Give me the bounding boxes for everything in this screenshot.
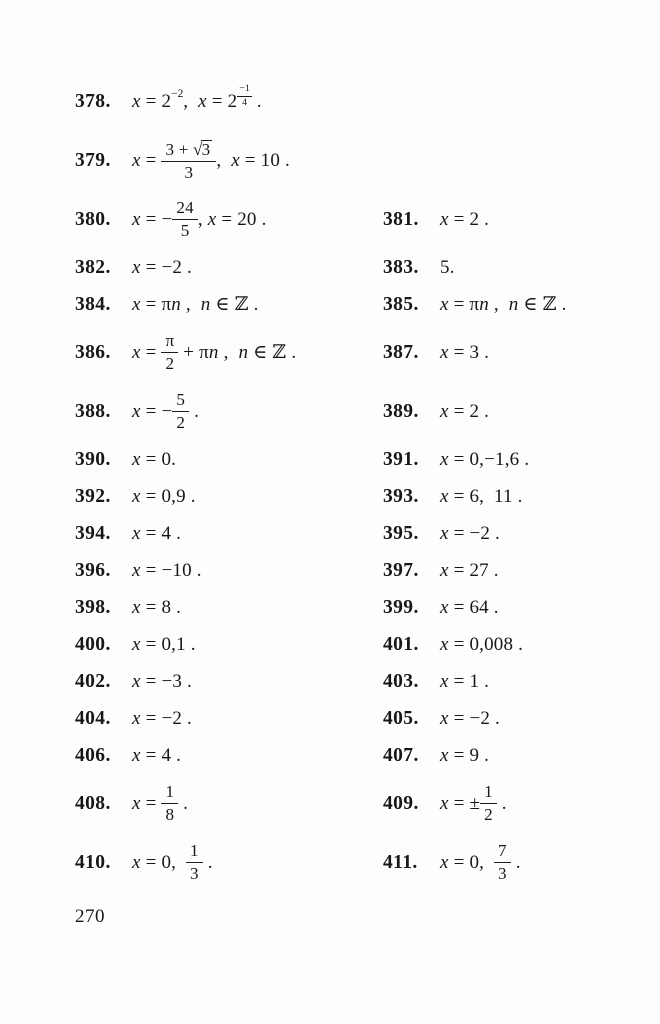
math-text: = π bbox=[449, 294, 480, 316]
answer-item-387: 387.x = 3 . bbox=[383, 342, 660, 364]
problem-number: 381. bbox=[383, 209, 440, 231]
answer-formula: x = π2 + πn , n ∈ ℤ . bbox=[132, 332, 296, 373]
math-text: n bbox=[479, 294, 489, 316]
math-text: 3 + bbox=[165, 140, 193, 159]
problem-number: 405. bbox=[383, 708, 440, 730]
math-text: . bbox=[511, 852, 521, 874]
math-text: x bbox=[132, 852, 141, 874]
answer-formula: x = 0, 13 . bbox=[132, 842, 213, 883]
math-text: = 20 . bbox=[216, 209, 266, 231]
answer-formula: x = 8 . bbox=[132, 597, 181, 619]
answer-item-389: 389.x = 2 . bbox=[383, 401, 660, 423]
fraction-numerator: 5 bbox=[172, 391, 189, 412]
answer-formula: x = 27 . bbox=[440, 560, 499, 582]
math-text: , bbox=[183, 91, 198, 113]
problem-number: 398. bbox=[75, 597, 132, 619]
math-text: = 2 bbox=[207, 91, 238, 113]
problem-number: 387. bbox=[383, 342, 440, 364]
book-page: 378.x = 2−2, x = 2−14 .379.x = 3 + √33, … bbox=[0, 0, 660, 1024]
answer-row: 382.x = −2 .383.5. bbox=[0, 249, 660, 286]
math-text: 24 bbox=[176, 198, 194, 217]
math-text: x bbox=[132, 634, 141, 656]
math-text: x bbox=[132, 793, 141, 815]
math-text: 4 bbox=[242, 97, 247, 108]
answer-row: 398.x = 8 .399.x = 64 . bbox=[0, 589, 660, 626]
answer-row: 386.x = π2 + πn , n ∈ ℤ .387.x = 3 . bbox=[0, 323, 660, 382]
math-text: x bbox=[440, 597, 449, 619]
math-text: . bbox=[252, 91, 262, 113]
answer-formula: x = 6, 11 . bbox=[440, 486, 523, 508]
answer-formula: x = 0,008 . bbox=[440, 634, 523, 656]
math-text: = 0,9 . bbox=[141, 486, 196, 508]
problem-number: 391. bbox=[383, 449, 440, 471]
math-text: x bbox=[440, 745, 449, 767]
answer-row: 380.x = −245, x = 20 .381.x = 2 . bbox=[0, 190, 660, 249]
math-text: = 0. bbox=[141, 449, 176, 471]
fraction: 18 bbox=[161, 783, 178, 824]
fraction: π2 bbox=[161, 332, 178, 373]
math-text: 7 bbox=[498, 841, 507, 860]
math-text: = 10 . bbox=[240, 150, 290, 172]
answer-formula: x = 3 + √33, x = 10 . bbox=[132, 140, 290, 182]
math-text: = 8 . bbox=[141, 597, 181, 619]
problem-number: 394. bbox=[75, 523, 132, 545]
answer-item-410: 410.x = 0, 13 . bbox=[75, 842, 383, 883]
fraction: 3 + √33 bbox=[161, 140, 216, 182]
math-text: = bbox=[141, 342, 162, 364]
answer-row: 378.x = 2−2, x = 2−14 . bbox=[0, 72, 660, 131]
answer-formula: x = −3 . bbox=[132, 671, 192, 693]
problem-number: 406. bbox=[75, 745, 132, 767]
math-text: ∈ ℤ . bbox=[518, 293, 566, 316]
answer-item-384: 384.x = πn , n ∈ ℤ . bbox=[75, 293, 383, 316]
math-text: x bbox=[440, 793, 449, 815]
fraction-denominator: 3 bbox=[161, 162, 216, 182]
math-text: x bbox=[440, 523, 449, 545]
math-text: x bbox=[132, 486, 141, 508]
answer-item-404: 404.x = −2 . bbox=[75, 708, 383, 730]
math-text: = 4 . bbox=[141, 523, 181, 545]
fraction-denominator: 2 bbox=[161, 353, 178, 373]
math-text: 1 bbox=[190, 841, 199, 860]
answer-formula: x = πn , n ∈ ℤ . bbox=[440, 293, 567, 316]
answer-item-408: 408.x = 18 . bbox=[75, 783, 383, 824]
math-text: 3 bbox=[498, 864, 507, 883]
math-text: = 3 . bbox=[449, 342, 489, 364]
answer-row: 392.x = 0,9 .393.x = 6, 11 . bbox=[0, 478, 660, 515]
answer-row: 388.x = −52 .389.x = 2 . bbox=[0, 382, 660, 441]
math-text: = 0, bbox=[449, 852, 494, 874]
math-text: x bbox=[132, 294, 141, 316]
math-text: = π bbox=[141, 294, 172, 316]
fraction-numerator: 3 + √3 bbox=[161, 140, 216, 162]
answer-item-409: 409.x = ±12 . bbox=[383, 783, 660, 824]
math-text: . bbox=[203, 852, 213, 874]
answer-row: 410.x = 0, 13 .411.x = 0, 73 . bbox=[0, 833, 660, 892]
answer-item-382: 382.x = −2 . bbox=[75, 257, 383, 279]
math-text: x bbox=[132, 597, 141, 619]
answer-row: 379.x = 3 + √33, x = 10 . bbox=[0, 131, 660, 190]
math-text: ∈ ℤ . bbox=[248, 341, 296, 364]
problem-number: 396. bbox=[75, 560, 132, 582]
problem-number: 408. bbox=[75, 793, 132, 815]
math-text: = −10 . bbox=[141, 560, 202, 582]
problem-number: 382. bbox=[75, 257, 132, 279]
answer-row: 406.x = 4 .407.x = 9 . bbox=[0, 737, 660, 774]
math-text: x bbox=[440, 449, 449, 471]
answer-item-403: 403.x = 1 . bbox=[383, 671, 660, 693]
fraction-numerator: π bbox=[161, 332, 178, 353]
math-text: x bbox=[208, 209, 217, 231]
answer-formula: x = 2−2, x = 2−14 . bbox=[132, 90, 262, 114]
answer-formula: x = −2 . bbox=[132, 257, 192, 279]
math-text: , bbox=[219, 342, 239, 364]
math-text: . bbox=[178, 793, 188, 815]
math-text: 3 bbox=[185, 163, 194, 182]
problem-number: 380. bbox=[75, 209, 132, 231]
math-text: = 2 . bbox=[449, 401, 489, 423]
math-text: = 1 . bbox=[449, 671, 489, 693]
answer-formula: x = 0,9 . bbox=[132, 486, 196, 508]
math-text: x bbox=[132, 342, 141, 364]
problem-number: 399. bbox=[383, 597, 440, 619]
answer-item-381: 381.x = 2 . bbox=[383, 209, 660, 231]
math-text: ∈ ℤ . bbox=[210, 293, 258, 316]
fraction-numerator: 7 bbox=[494, 842, 511, 863]
problem-number: 402. bbox=[75, 671, 132, 693]
answer-formula: x = 64 . bbox=[440, 597, 499, 619]
math-text: 3 bbox=[190, 864, 199, 883]
problem-number: 407. bbox=[383, 745, 440, 767]
answer-row: 408.x = 18 .409.x = ±12 . bbox=[0, 774, 660, 833]
problem-number: 401. bbox=[383, 634, 440, 656]
math-text: , bbox=[489, 294, 509, 316]
math-text: x bbox=[132, 449, 141, 471]
math-text: , bbox=[198, 209, 208, 231]
radicand: 3 bbox=[201, 140, 213, 159]
answer-formula: x = −52 . bbox=[132, 391, 199, 432]
math-text: 3 bbox=[202, 140, 211, 159]
square-root: √3 bbox=[193, 140, 212, 159]
answer-row: 384.x = πn , n ∈ ℤ .385.x = πn , n ∈ ℤ . bbox=[0, 286, 660, 323]
problem-number: 397. bbox=[383, 560, 440, 582]
answer-formula: x = 4 . bbox=[132, 745, 181, 767]
problem-number: 389. bbox=[383, 401, 440, 423]
math-text: 5. bbox=[440, 257, 455, 279]
problem-number: 384. bbox=[75, 294, 132, 316]
answer-item-406: 406.x = 4 . bbox=[75, 745, 383, 767]
math-text: = 0,1 . bbox=[141, 634, 196, 656]
problem-number: 404. bbox=[75, 708, 132, 730]
math-text: x bbox=[440, 708, 449, 730]
math-text: x bbox=[440, 634, 449, 656]
fraction: 73 bbox=[494, 842, 511, 883]
math-text: x bbox=[132, 150, 141, 172]
math-text: x bbox=[132, 401, 141, 423]
math-text: x bbox=[440, 852, 449, 874]
fraction: 52 bbox=[172, 391, 189, 432]
problem-number: 392. bbox=[75, 486, 132, 508]
problem-number: 388. bbox=[75, 401, 132, 423]
problem-number: 403. bbox=[383, 671, 440, 693]
answer-item-393: 393.x = 6, 11 . bbox=[383, 486, 660, 508]
problem-number: 379. bbox=[75, 150, 132, 172]
math-text: n bbox=[209, 342, 219, 364]
fraction-numerator: 1 bbox=[186, 842, 203, 863]
math-text: , bbox=[181, 294, 201, 316]
answer-item-405: 405.x = −2 . bbox=[383, 708, 660, 730]
problem-number: 393. bbox=[383, 486, 440, 508]
math-text: 1 bbox=[165, 782, 174, 801]
fraction-numerator: 1 bbox=[161, 783, 178, 804]
answer-item-407: 407.x = 9 . bbox=[383, 745, 660, 767]
math-text: 2 bbox=[166, 354, 175, 373]
math-text: x bbox=[132, 91, 141, 113]
problem-number: 411. bbox=[383, 852, 440, 874]
fraction-denominator: 5 bbox=[172, 220, 198, 240]
math-text: x bbox=[132, 745, 141, 767]
answer-formula: x = 0,−1,6 . bbox=[440, 449, 529, 471]
math-text: + π bbox=[178, 342, 209, 364]
math-text: 1 bbox=[484, 782, 493, 801]
fraction-denominator: 2 bbox=[172, 412, 189, 432]
math-text: −2 bbox=[171, 88, 183, 100]
answer-formula: x = −2 . bbox=[132, 708, 192, 730]
fraction-numerator: −1 bbox=[237, 84, 252, 96]
answer-formula: x = −2 . bbox=[440, 708, 500, 730]
math-text: = −2 . bbox=[449, 523, 500, 545]
math-text: x bbox=[440, 401, 449, 423]
page-number-text: 270 bbox=[75, 906, 105, 927]
math-text: x bbox=[231, 150, 240, 172]
answer-item-386: 386.x = π2 + πn , n ∈ ℤ . bbox=[75, 332, 383, 373]
math-text: x bbox=[132, 209, 141, 231]
answer-item-401: 401.x = 0,008 . bbox=[383, 634, 660, 656]
math-text: = 9 . bbox=[449, 745, 489, 767]
problem-number: 410. bbox=[75, 852, 132, 874]
math-text: x bbox=[198, 91, 207, 113]
problem-number: 378. bbox=[75, 91, 132, 113]
answer-item-392: 392.x = 0,9 . bbox=[75, 486, 383, 508]
math-text: = − bbox=[141, 209, 173, 231]
answer-formula: x = πn , n ∈ ℤ . bbox=[132, 293, 259, 316]
answer-row: 404.x = −2 .405.x = −2 . bbox=[0, 700, 660, 737]
answer-formula: x = 4 . bbox=[132, 523, 181, 545]
math-text: x bbox=[132, 671, 141, 693]
answer-formula: x = 0, 73 . bbox=[440, 842, 521, 883]
math-text: = 0,−1,6 . bbox=[449, 449, 530, 471]
answer-item-391: 391.x = 0,−1,6 . bbox=[383, 449, 660, 471]
answer-formula: x = 18 . bbox=[132, 783, 188, 824]
problem-number: 383. bbox=[383, 257, 440, 279]
answers-list: 378.x = 2−2, x = 2−14 .379.x = 3 + √33, … bbox=[0, 0, 660, 892]
math-text: . bbox=[497, 793, 507, 815]
answer-item-395: 395.x = −2 . bbox=[383, 523, 660, 545]
math-text: = −2 . bbox=[141, 257, 192, 279]
answer-row: 390.x = 0.391.x = 0,−1,6 . bbox=[0, 441, 660, 478]
answer-formula: x = −245, x = 20 . bbox=[132, 199, 267, 240]
answer-item-396: 396.x = −10 . bbox=[75, 560, 383, 582]
math-text: 5 bbox=[181, 221, 190, 240]
fraction: 12 bbox=[480, 783, 497, 824]
answer-formula: x = 0. bbox=[132, 449, 176, 471]
math-text: , bbox=[216, 150, 231, 172]
math-text: 2 bbox=[484, 805, 493, 824]
answer-item-379: 379.x = 3 + √33, x = 10 . bbox=[75, 140, 383, 182]
math-text: = 2 . bbox=[449, 209, 489, 231]
answer-formula: x = −10 . bbox=[132, 560, 202, 582]
answer-item-398: 398.x = 8 . bbox=[75, 597, 383, 619]
answer-row: 400.x = 0,1 .401.x = 0,008 . bbox=[0, 626, 660, 663]
superscript: −14 bbox=[237, 84, 252, 108]
math-text: x bbox=[440, 209, 449, 231]
math-text: π bbox=[165, 331, 174, 350]
answer-item-388: 388.x = −52 . bbox=[75, 391, 383, 432]
answer-formula: x = 2 . bbox=[440, 401, 489, 423]
answer-row: 396.x = −10 .397.x = 27 . bbox=[0, 552, 660, 589]
answer-row: 394.x = 4 .395.x = −2 . bbox=[0, 515, 660, 552]
fraction-denominator: 8 bbox=[161, 804, 178, 824]
answer-item-378: 378.x = 2−2, x = 2−14 . bbox=[75, 90, 383, 114]
math-text: x bbox=[132, 523, 141, 545]
fraction-numerator: 1 bbox=[480, 783, 497, 804]
answer-formula: x = ±12 . bbox=[440, 783, 507, 824]
math-text: x bbox=[132, 708, 141, 730]
math-text: = 0, bbox=[141, 852, 186, 874]
math-text: 8 bbox=[165, 805, 174, 824]
math-text: = 0,008 . bbox=[449, 634, 523, 656]
answer-formula: 5. bbox=[440, 257, 455, 279]
answer-formula: x = 0,1 . bbox=[132, 634, 196, 656]
answer-item-383: 383.5. bbox=[383, 257, 660, 279]
math-text: = − bbox=[141, 401, 173, 423]
answer-item-400: 400.x = 0,1 . bbox=[75, 634, 383, 656]
answer-formula: x = 2 . bbox=[440, 209, 489, 231]
math-text: = −3 . bbox=[141, 671, 192, 693]
fraction: −14 bbox=[237, 84, 252, 108]
math-text: = −2 . bbox=[141, 708, 192, 730]
math-text: = bbox=[141, 150, 162, 172]
math-text: n bbox=[509, 294, 519, 316]
math-text: = 64 . bbox=[449, 597, 499, 619]
math-text: = 27 . bbox=[449, 560, 499, 582]
answer-item-397: 397.x = 27 . bbox=[383, 560, 660, 582]
fraction-denominator: 4 bbox=[237, 97, 252, 108]
math-text: = ± bbox=[449, 793, 480, 815]
answer-formula: x = 1 . bbox=[440, 671, 489, 693]
problem-number: 385. bbox=[383, 294, 440, 316]
answer-item-394: 394.x = 4 . bbox=[75, 523, 383, 545]
answer-item-380: 380.x = −245, x = 20 . bbox=[75, 199, 383, 240]
answer-item-399: 399.x = 64 . bbox=[383, 597, 660, 619]
math-text: n bbox=[201, 294, 211, 316]
math-text: n bbox=[171, 294, 181, 316]
fraction: 13 bbox=[186, 842, 203, 883]
math-text: x bbox=[132, 560, 141, 582]
answer-item-390: 390.x = 0. bbox=[75, 449, 383, 471]
math-text: = 4 . bbox=[141, 745, 181, 767]
math-text: x bbox=[440, 671, 449, 693]
superscript: −2 bbox=[171, 88, 183, 100]
fraction-numerator: 24 bbox=[172, 199, 198, 220]
math-text: 2 bbox=[176, 413, 185, 432]
problem-number: 395. bbox=[383, 523, 440, 545]
math-text: = 6, 11 . bbox=[449, 486, 523, 508]
math-text: n bbox=[238, 342, 248, 364]
problem-number: 400. bbox=[75, 634, 132, 656]
math-text: x bbox=[440, 342, 449, 364]
fraction-denominator: 3 bbox=[186, 863, 203, 883]
math-text: x bbox=[440, 560, 449, 582]
math-text: = bbox=[141, 793, 162, 815]
problem-number: 409. bbox=[383, 793, 440, 815]
answer-row: 402.x = −3 .403.x = 1 . bbox=[0, 663, 660, 700]
math-text: x bbox=[440, 486, 449, 508]
answer-item-385: 385.x = πn , n ∈ ℤ . bbox=[383, 293, 660, 316]
math-text: = −2 . bbox=[449, 708, 500, 730]
page-number: 270 bbox=[75, 906, 660, 928]
math-text: = 2 bbox=[141, 91, 172, 113]
math-text: . bbox=[189, 401, 199, 423]
answer-formula: x = −2 . bbox=[440, 523, 500, 545]
answer-item-402: 402.x = −3 . bbox=[75, 671, 383, 693]
math-text: x bbox=[132, 257, 141, 279]
problem-number: 390. bbox=[75, 449, 132, 471]
answer-formula: x = 9 . bbox=[440, 745, 489, 767]
answer-item-411: 411.x = 0, 73 . bbox=[383, 842, 660, 883]
math-text: −1 bbox=[239, 83, 250, 94]
answer-formula: x = 3 . bbox=[440, 342, 489, 364]
math-text: 5 bbox=[176, 390, 185, 409]
math-text: x bbox=[440, 294, 449, 316]
fraction: 245 bbox=[172, 199, 198, 240]
problem-number: 386. bbox=[75, 342, 132, 364]
fraction-denominator: 2 bbox=[480, 804, 497, 824]
fraction-denominator: 3 bbox=[494, 863, 511, 883]
